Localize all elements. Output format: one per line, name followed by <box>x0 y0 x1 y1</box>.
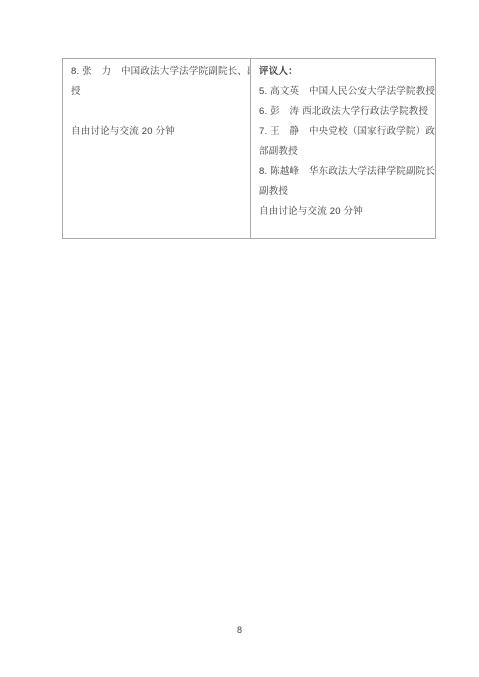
text-line: 自由讨论与交流 20 分钟 <box>259 202 428 222</box>
text-line: 副教授 <box>259 182 428 202</box>
session-table: 8. 张 力 中国政法大学法学院副院长、副教授自由讨论与交流 20 分钟 评议人… <box>62 58 436 239</box>
text-line: 评议人： <box>259 62 428 82</box>
document-page: 8. 张 力 中国政法大学法学院副院长、副教授自由讨论与交流 20 分钟 评议人… <box>0 0 479 677</box>
text-line: 授 <box>71 82 243 102</box>
text-line: 7. 王 静 中央党校（国家行政学院）政法 <box>259 122 428 142</box>
text-line: 5. 高文英 中国人民公安大学法学院教授 <box>259 82 428 102</box>
text-line: 8. 陈越峰 华东政法大学法律学院副院长、 <box>259 162 428 182</box>
text-line: 部副教授 <box>259 142 428 162</box>
page-number: 8 <box>0 624 479 636</box>
text-line: 8. 张 力 中国政法大学法学院副院长、副教 <box>71 62 243 82</box>
text-line: 自由讨论与交流 20 分钟 <box>71 122 243 142</box>
table-cell-reviewers: 评议人：5. 高文英 中国人民公安大学法学院教授6. 彭 涛 西北政法大学行政法… <box>251 59 435 238</box>
table-cell-speaker: 8. 张 力 中国政法大学法学院副院长、副教授自由讨论与交流 20 分钟 <box>63 59 251 238</box>
text-line <box>71 102 243 122</box>
text-line: 6. 彭 涛 西北政法大学行政法学院教授 <box>259 102 428 122</box>
